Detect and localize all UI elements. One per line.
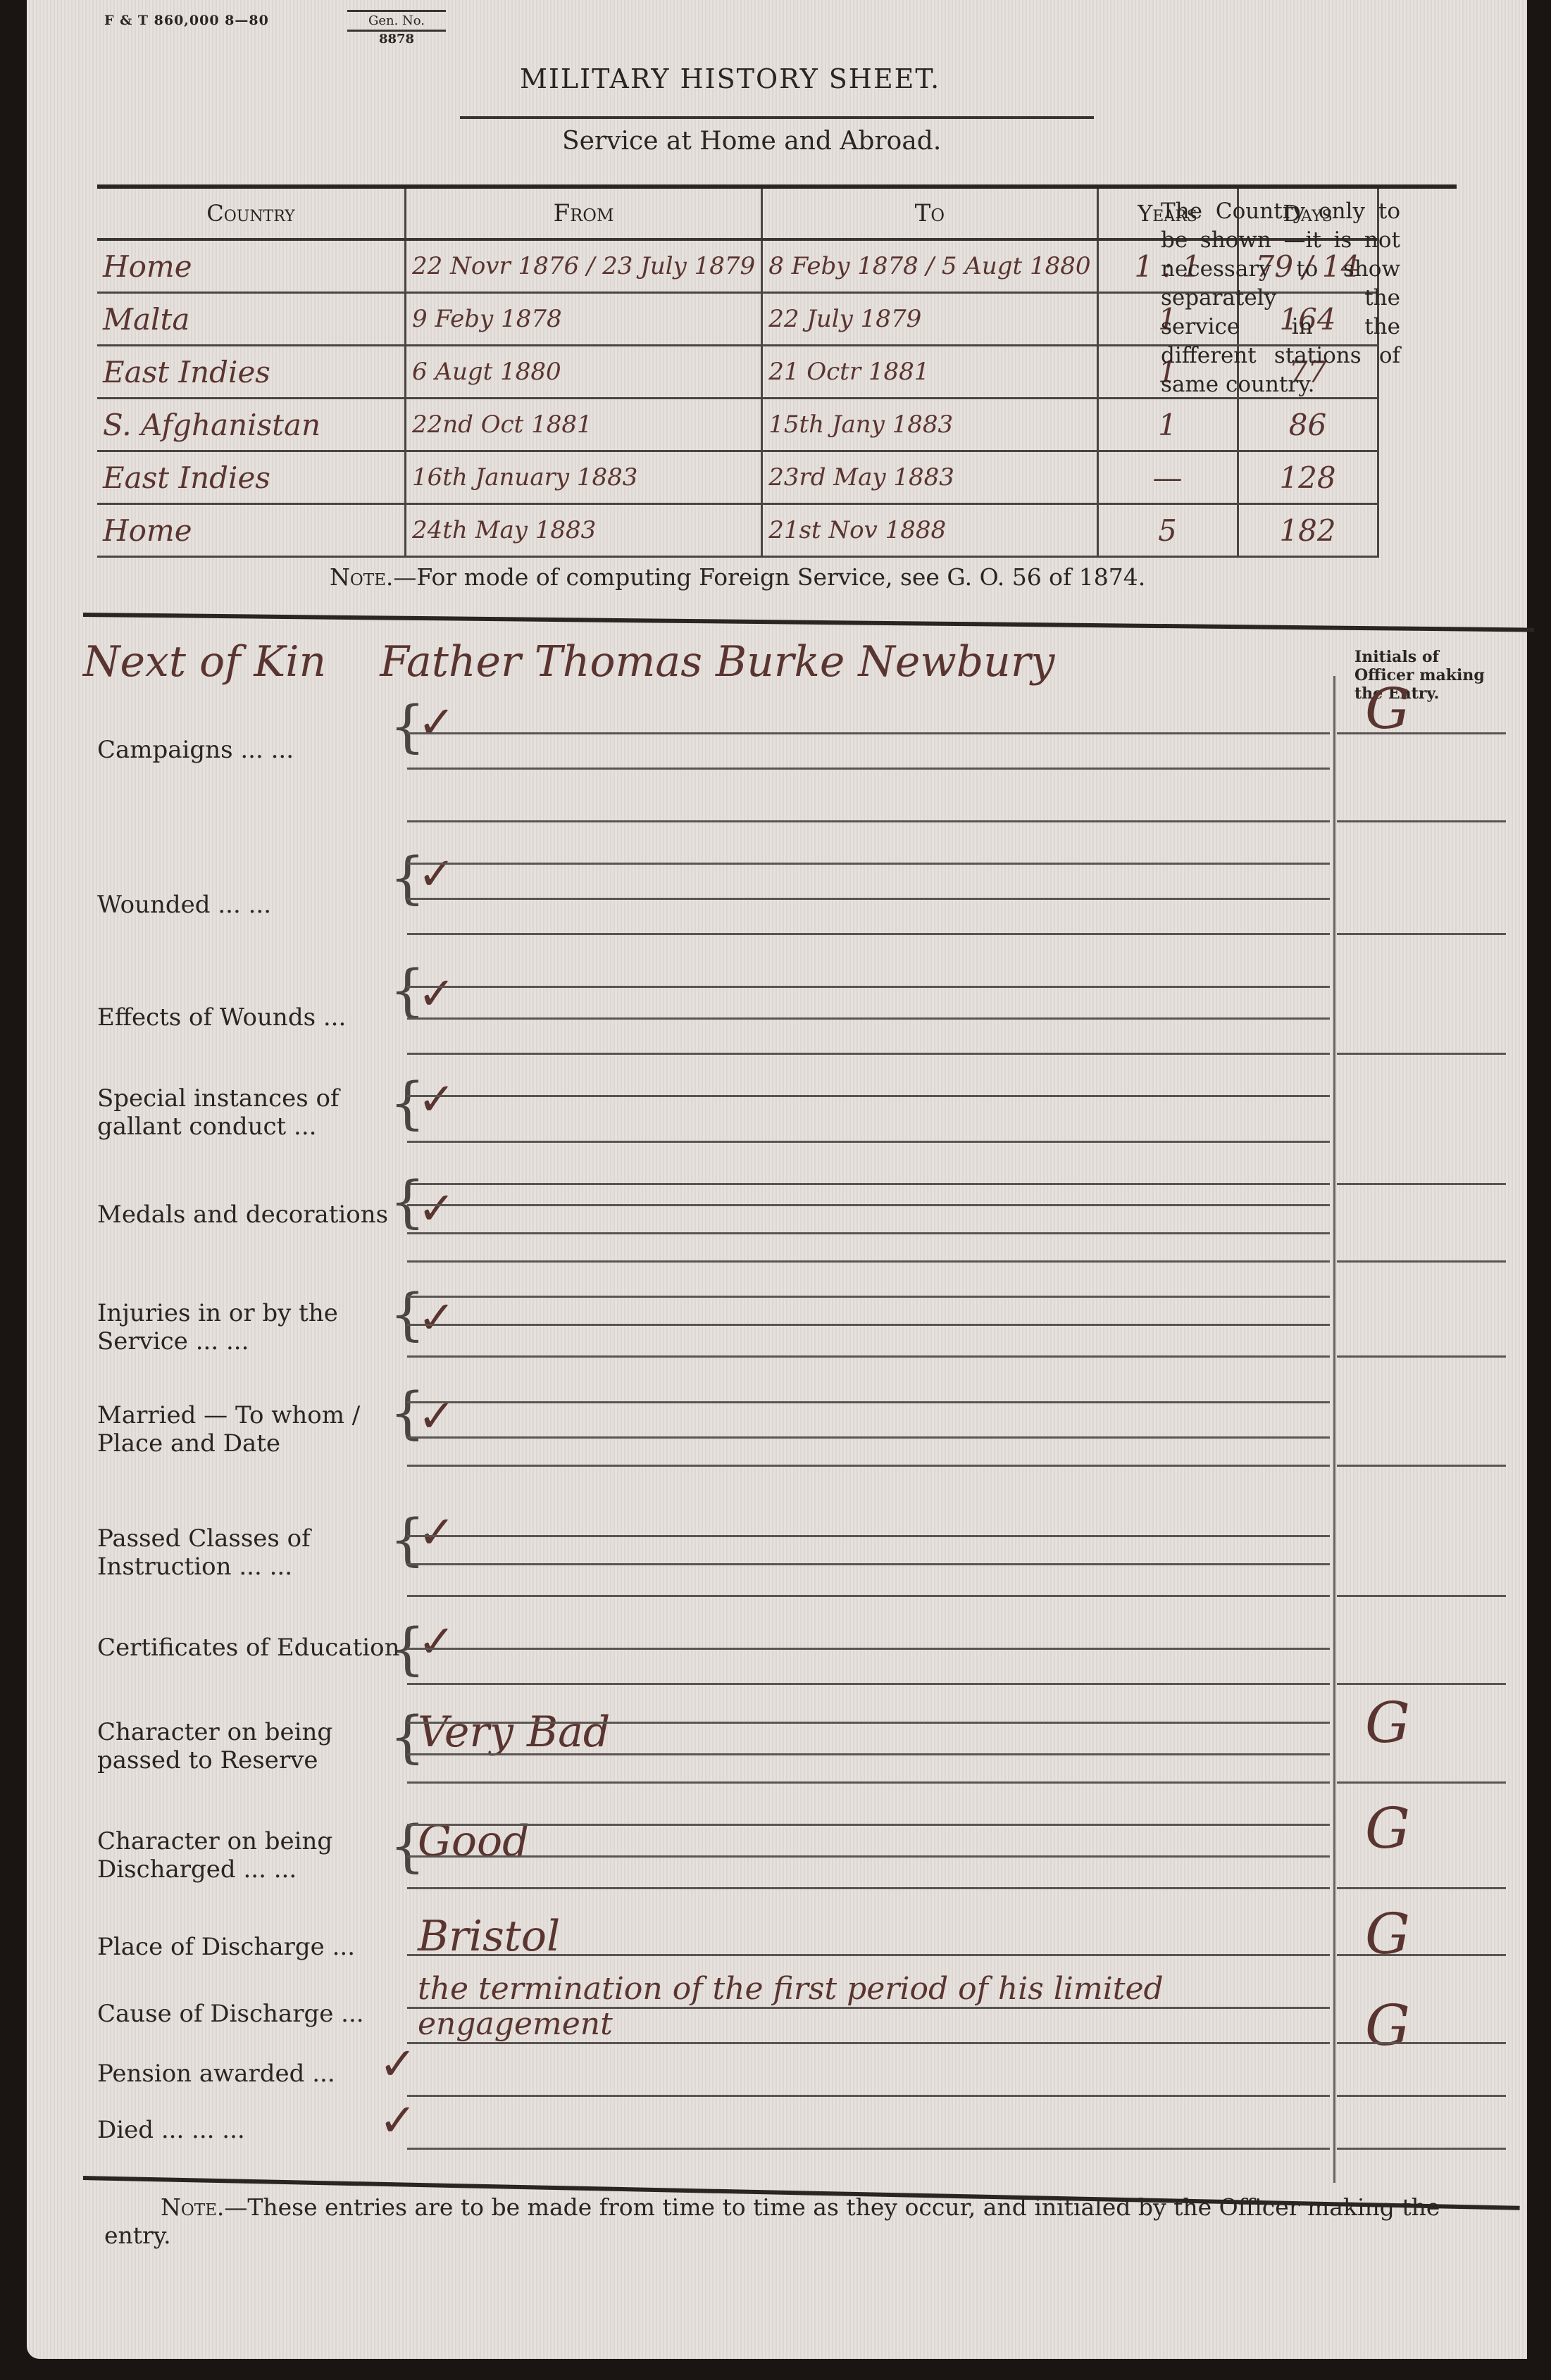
cell-days: 128 [1238,451,1378,504]
entry-line [407,1053,1330,1055]
note-prefix: Note. [330,563,393,591]
cell-from: 22 Novr 1876 / 23 July 1879 [406,239,762,293]
cell-to: 22 July 1879 [762,293,1097,346]
entry-line [407,1781,1330,1784]
entry-line [407,1355,1330,1358]
page-subtitle: Service at Home and Abroad. [562,127,941,156]
label-wounded: Wounded ... ... [97,891,271,919]
label-character-reserve: Character on being passed to Reserve [97,1718,393,1774]
entry-line [407,1753,1330,1755]
check-certificates: ✓ [418,1616,456,1668]
cell-from: 22nd Oct 1881 [406,399,762,451]
entry-line [407,732,1330,734]
check-wounded: ✓ [418,848,456,901]
col-to: To [762,189,1097,239]
cell-days: 182 [1238,504,1378,557]
initials-line [1337,2148,1506,2150]
initials-line [1337,732,1506,734]
label-pension-awarded: Pension awarded ... [97,2060,335,2088]
entry-line [407,2042,1330,2044]
cell-years: 1 [1097,399,1238,451]
entry-line [407,1401,1330,1403]
label-medals: Medals and decorations [97,1201,388,1229]
check-injuries: ✓ [418,1292,456,1344]
entry-line [407,1324,1330,1326]
col-from: From [406,189,762,239]
check-married: ✓ [418,1391,456,1443]
entry-line [407,768,1330,770]
cell-to: 21 Octr 1881 [762,346,1097,399]
cell-from: 6 Augt 1880 [406,346,762,399]
cell-country: East Indies [97,451,406,504]
entry-line [407,1183,1330,1185]
initials-line [1337,1595,1506,1597]
cell-from: 9 Feby 1878 [406,293,762,346]
label-gallant-conduct: Special instances of gallant conduct ... [97,1084,393,1141]
label-married: Married — To whom / Place and Date [97,1401,393,1458]
initials-line [1337,2095,1506,2097]
label-certificates-education: Certificates of Education [97,1634,400,1662]
entry-line [407,1683,1330,1685]
entry-line [407,1260,1330,1263]
check-medals: ✓ [418,1183,456,1235]
next-of-kin-label: Next of Kin [83,637,326,687]
entry-line [407,1141,1330,1143]
entry-line [407,1204,1330,1206]
entry-line [407,1824,1330,1826]
cell-to: 8 Feby 1878 / 5 Augt 1880 [762,239,1097,293]
entry-line [407,1722,1330,1724]
cell-from: 16th January 1883 [406,451,762,504]
cell-to: 21st Nov 1888 [762,504,1097,557]
entry-line [407,820,1330,822]
check-pension: ✓ [379,2038,417,2091]
initials-line [1337,2042,1506,2044]
col-country: Country [97,189,406,239]
entry-line [407,1296,1330,1298]
label-place-of-discharge: Place of Discharge ... [97,1933,355,1961]
check-campaigns: ✓ [418,697,456,749]
foreign-service-note: Note.—For mode of computing Foreign Serv… [330,563,1145,591]
gen-no-box: Gen. No. 8878 [347,3,446,46]
cell-country: S. Afghanistan [97,399,406,451]
check-classes-instruction: ✓ [418,1507,456,1559]
officer-initial: G [1365,1796,1410,1861]
cell-years: — [1097,451,1238,504]
entry-line [407,1855,1330,1858]
page-title: MILITARY HISTORY SHEET. [520,63,940,94]
title-divider [460,116,1094,119]
cell-country: East Indies [97,346,406,399]
entry-line [407,1595,1330,1597]
initials-line [1337,1683,1506,1685]
entry-line [407,986,1330,988]
entry-line [407,1563,1330,1565]
check-gallant-conduct: ✓ [418,1074,456,1126]
officer-initial: G [1365,1690,1410,1755]
entry-line [407,2007,1330,2009]
next-of-kin: Next of Kin Father Thomas Burke Newbury [83,637,1054,687]
initials-line [1337,1183,1506,1185]
entry-line [407,1535,1330,1537]
entry-line [407,863,1330,865]
cell-to: 23rd May 1883 [762,451,1097,504]
label-effects-of-wounds: Effects of Wounds ... [97,1003,346,1032]
initials-line [1337,933,1506,935]
entry-line [407,1436,1330,1439]
label-character-discharged: Character on being Discharged ... ... [97,1827,393,1884]
note-text: —For mode of computing Foreign Service, … [393,563,1145,591]
entry-line [407,1017,1330,1020]
check-died: ✓ [379,2095,417,2147]
cell-from: 24th May 1883 [406,504,762,557]
initials-line [1337,820,1506,822]
footer-note: Note.—These entries are to be made from … [104,2193,1499,2250]
entry-line [407,2095,1330,2097]
printer-stamp: F & T 860,000 8—80 [104,13,269,28]
entry-line [407,2148,1330,2150]
entry-line [407,1887,1330,1889]
entry-line [407,898,1330,900]
entry-character-reserve: Very Bad [418,1708,610,1757]
label-campaigns: Campaigns ... ... [97,736,294,764]
cell-days: 86 [1238,399,1378,451]
entry-line [407,1954,1330,1956]
entry-line [407,1648,1330,1650]
label-classes-instruction: Passed Classes of Instruction ... ... [97,1524,393,1581]
initials-column-divider [1333,676,1335,2183]
next-of-kin-value: Father Thomas Burke Newbury [380,637,1054,687]
section-divider [83,613,1534,632]
entry-line [407,933,1330,935]
label-died: Died ... ... ... [97,2116,245,2144]
table-row: East Indies 16th January 1883 23rd May 1… [97,451,1378,504]
country-side-note: The Country only to be shown —it is not … [1161,197,1400,399]
entry-line [407,1465,1330,1467]
footer-note-text: —These entries are to be made from time … [104,2193,1440,2249]
cell-country: Home [97,504,406,557]
initials-line [1337,1053,1506,1055]
table-row: S. Afghanistan 22nd Oct 1881 15th Jany 1… [97,399,1378,451]
cell-country: Home [97,239,406,293]
initials-line [1337,1887,1506,1889]
gen-no-label: Gen. No. [347,10,446,32]
entry-line [407,1232,1330,1234]
label-injuries: Injuries in or by the Service ... ... [97,1299,393,1355]
cell-years: 5 [1097,504,1238,557]
label-cause-of-discharge: Cause of Discharge ... [97,2000,364,2028]
officer-initial: G [1365,1993,1410,2058]
military-history-sheet: F & T 860,000 8—80 Gen. No. 8878 MILITAR… [27,0,1527,2359]
cell-to: 15th Jany 1883 [762,399,1097,451]
cell-country: Malta [97,293,406,346]
initials-line [1337,1465,1506,1467]
officer-initial: G [1365,1901,1410,1967]
footer-note-prefix: Note. [161,2193,224,2221]
initials-line [1337,1260,1506,1263]
initials-line [1337,1954,1506,1956]
table-row: Home 24th May 1883 21st Nov 1888 5 182 [97,504,1378,557]
initials-line [1337,1355,1506,1358]
initials-line [1337,1781,1506,1784]
check-effects-of-wounds: ✓ [418,968,456,1020]
entry-line [407,1095,1330,1097]
gen-no-value: 8878 [347,32,446,46]
